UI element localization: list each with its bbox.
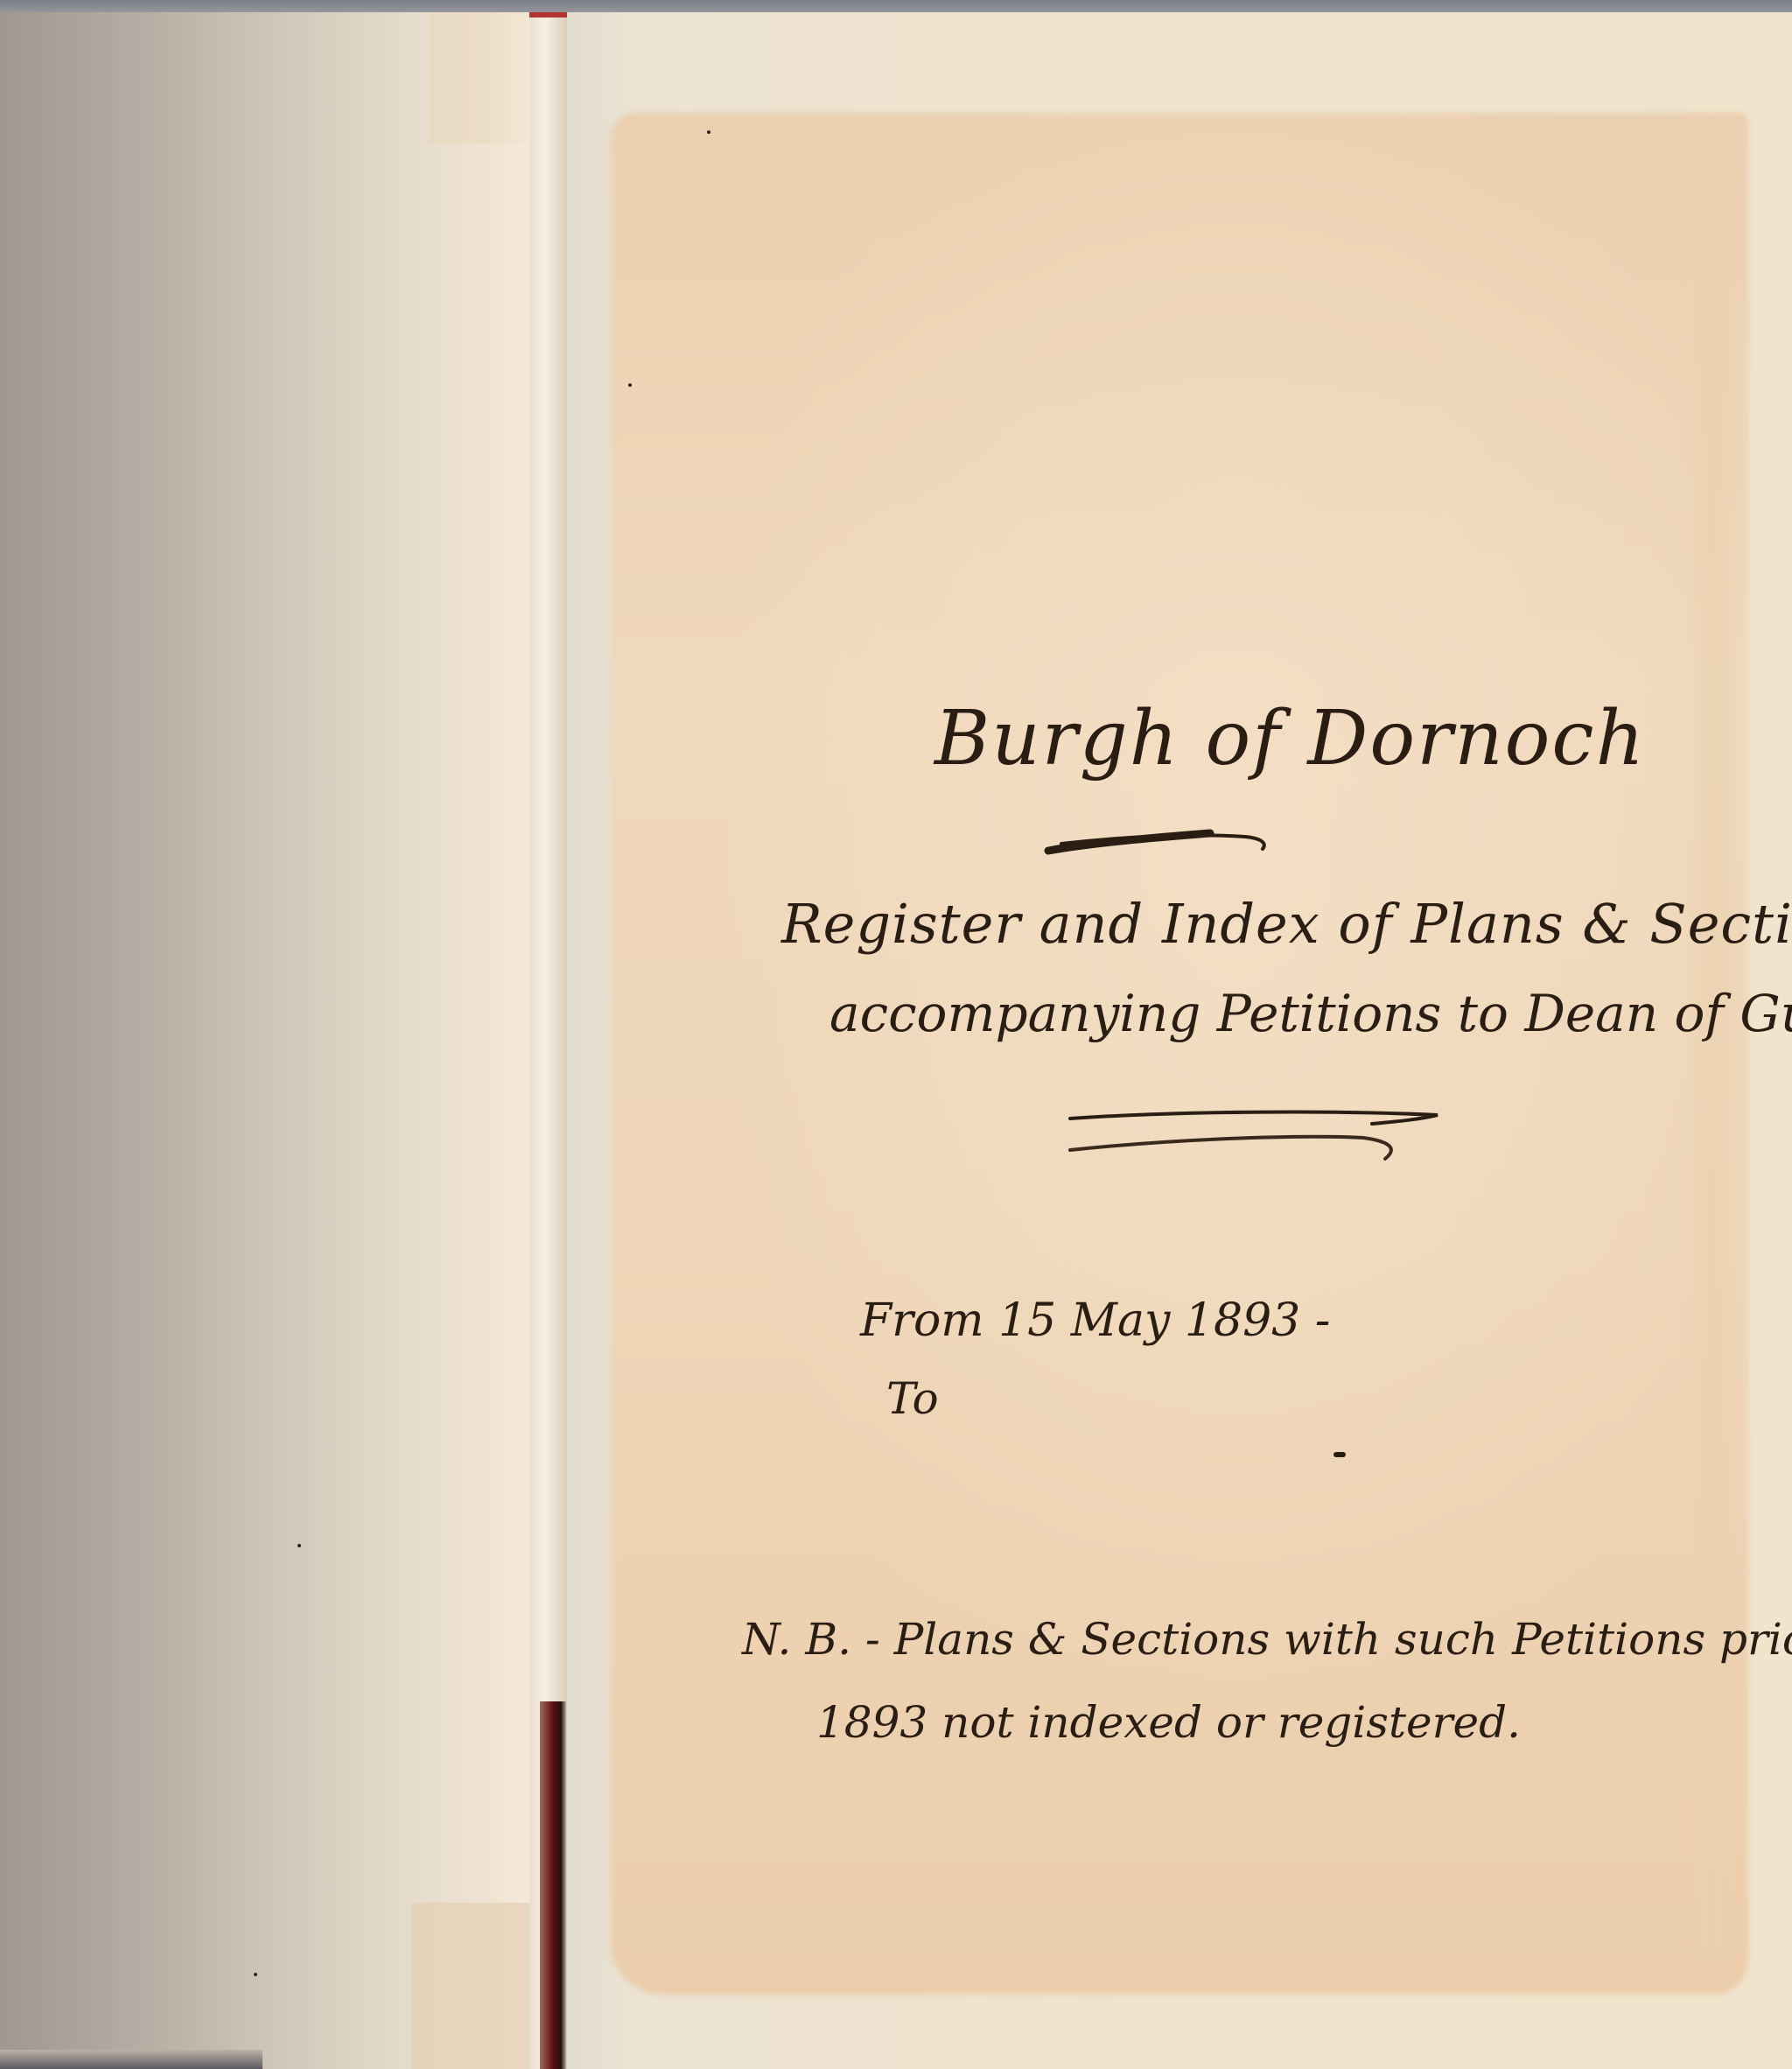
book-spine-gutter: [529, 12, 569, 2069]
handwritten-content: Burgh of Dornoch Register and Index of P…: [567, 12, 1792, 2069]
left-endpaper: [0, 12, 604, 2069]
document-title: Burgh of Dornoch: [934, 695, 1646, 782]
note-line-1: N. B. - Plans & Sections with such Petit…: [742, 1614, 1792, 1665]
date-to-dash: [1333, 1452, 1346, 1457]
subtitle-line-2: accompanying Petitions to Dean of Guild …: [829, 984, 1792, 1043]
spine-red-edge-bottom: [540, 1701, 566, 2069]
title-underline-flourish: [1044, 817, 1271, 861]
subtitle-line-1: Register and Index of Plans & Sections: [781, 892, 1792, 956]
spine-red-edge-top: [529, 12, 569, 18]
speck: [297, 1544, 301, 1547]
date-range-to: To: [886, 1373, 939, 1424]
date-range-from: From 15 May 1893 -: [860, 1294, 1330, 1347]
page-shadow: [0, 2050, 262, 2069]
note-line-2: 1893 not indexed or registered.: [816, 1697, 1521, 1748]
speck: [254, 1973, 257, 1976]
subtitle-underline-flourish: [1066, 1106, 1451, 1168]
